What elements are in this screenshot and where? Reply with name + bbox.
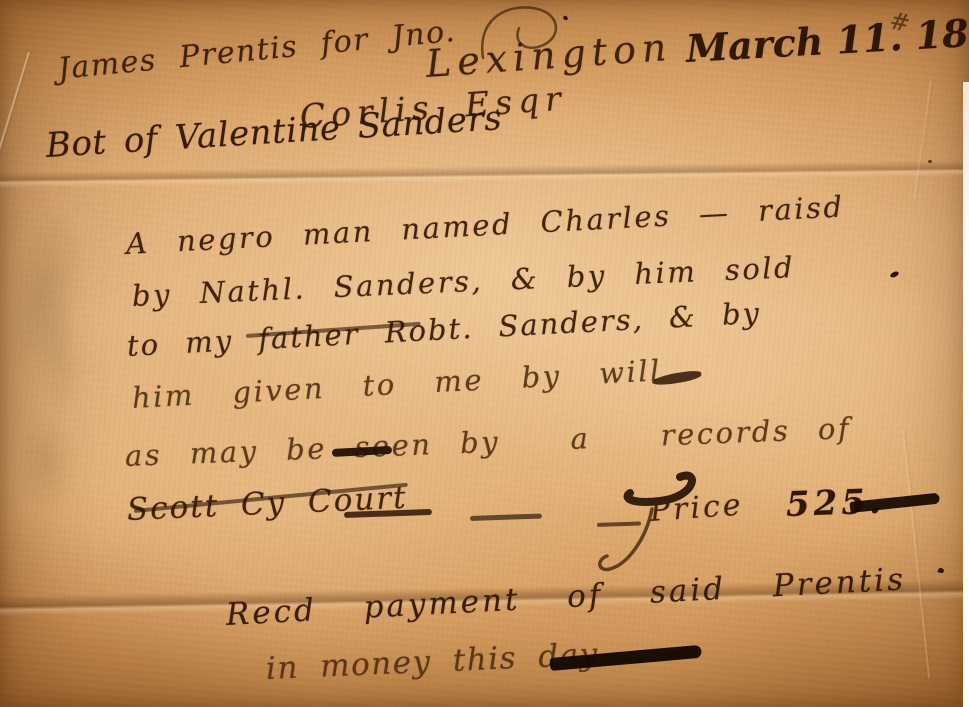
document-photo: # Lexington March 11. 1816 James Prentis… [0,0,969,707]
price-label: Price [649,488,745,529]
ink-bleedthrough [40,300,82,420]
ink-speck [928,160,932,163]
ink-bleedthrough [16,415,78,510]
paper-edge-strip [963,82,969,707]
strikethrough-word: a [555,421,606,457]
court-flourish-icon [580,467,720,585]
